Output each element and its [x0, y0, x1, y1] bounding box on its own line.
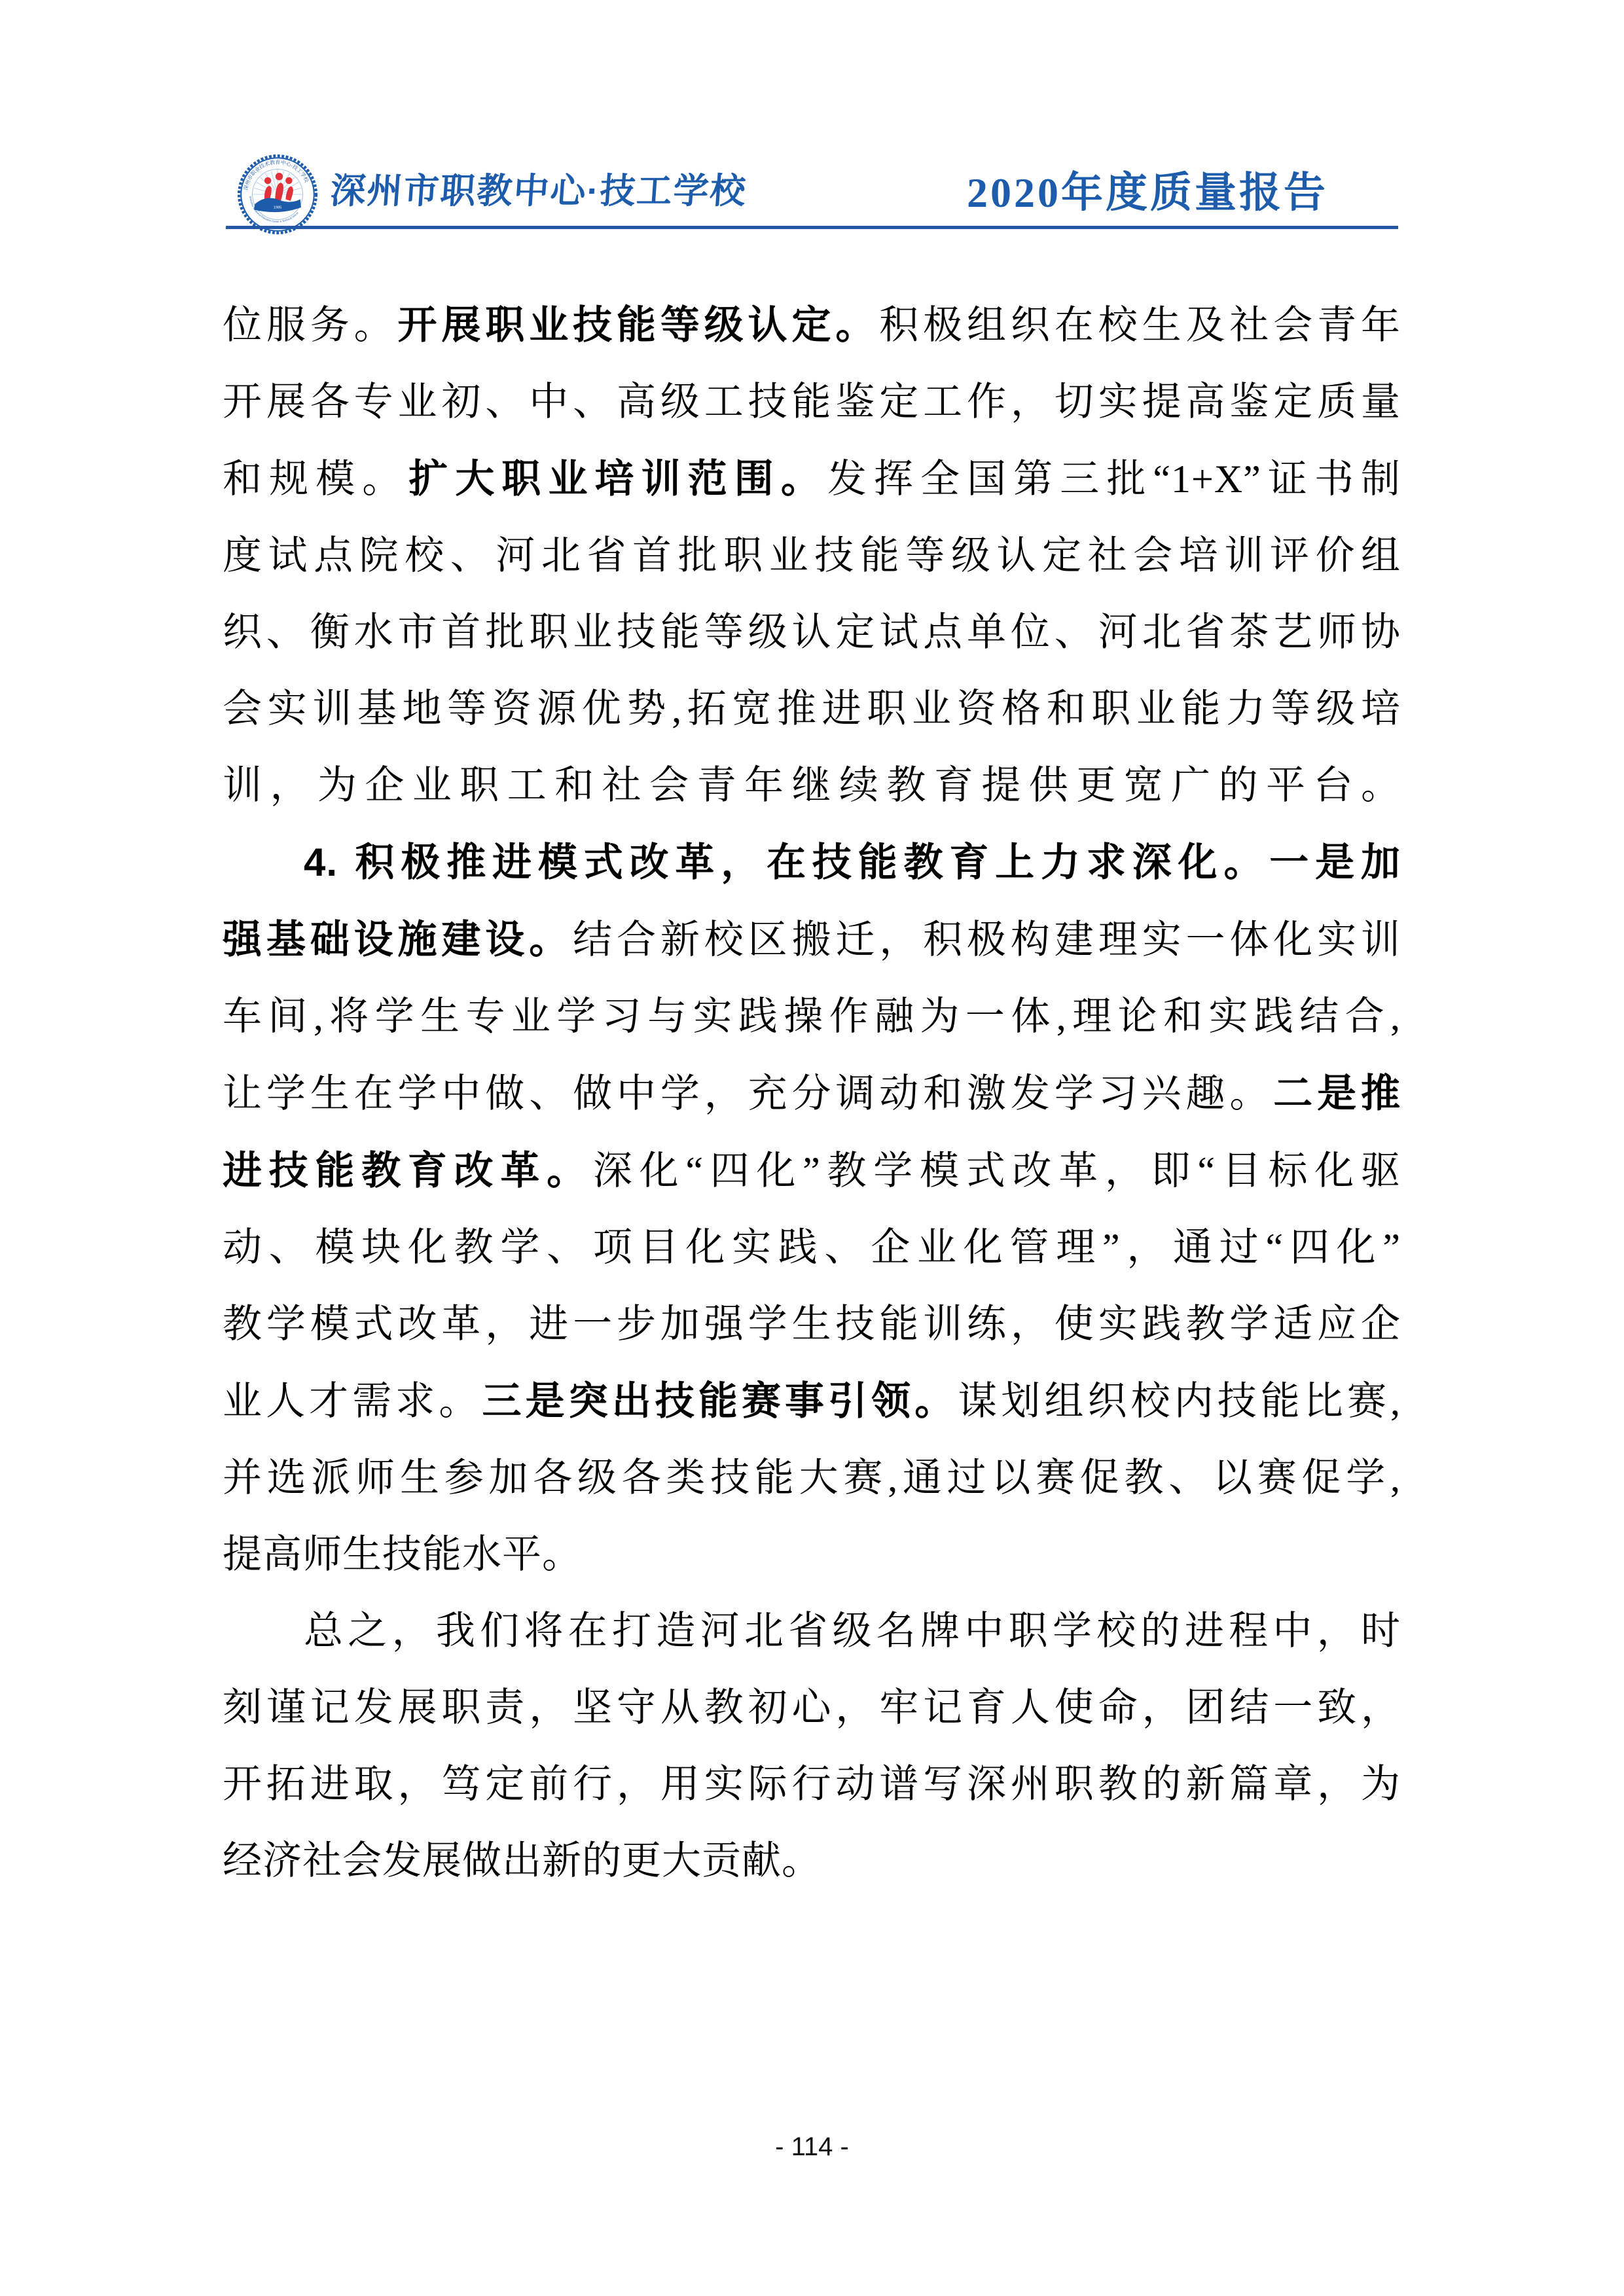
header-school-name: 深州市职教中心·技工学校: [329, 163, 748, 213]
body-line: 经济社会发展做出新的更大贡献。: [223, 1823, 1401, 1899]
document-page: { "header": { "school_name": "深州市职教中心·技工…: [0, 0, 1624, 2296]
body-line: 教学模式改革，进一步加强学生技能训练，使实践教学适应企: [223, 1286, 1401, 1363]
text-segment: 训，为企业职工和社会青年继续教育提供更宽广的平台。: [223, 764, 1401, 807]
body-line: 车间,将学生专业学习与实践操作融为一体,理论和实践结合,: [223, 978, 1401, 1055]
body-line: 和规模。扩大职业培训范围。发挥全国第三批“1+X”证书制: [223, 440, 1401, 518]
text-segment: 提高师生技能水平。: [223, 1533, 582, 1576]
body-line: 让学生在学中做、做中学，充分调动和激发学习兴趣。二是推: [223, 1055, 1401, 1132]
header-rule: [226, 226, 1398, 229]
text-segment: 车间,将学生专业学习与实践操作融为一体,理论和实践结合,: [223, 995, 1401, 1038]
body-line: 织、衡水市首批职业技能等级认定试点单位、河北省茶艺师协: [223, 594, 1401, 671]
body-line: 进技能教育改革。深化“四化”教学模式改革，即“目标化驱: [223, 1132, 1401, 1210]
text-segment: 深化“四化”教学模式改革，即“目标化驱: [593, 1149, 1401, 1193]
text-segment: 让学生在学中做、做中学，充分调动和激发学习兴趣。: [223, 1072, 1273, 1115]
text-segment: 位服务。: [223, 304, 398, 347]
text-segment: 会实训基地等资源优势,拓宽推进职业资格和职业能力等级培: [223, 687, 1401, 730]
school-logo-icon: 1985 深州市职业技术教育中心·技工学校 Shenzhou Vocationa…: [237, 154, 318, 235]
bold-text-segment: 进技能教育改革。: [223, 1149, 593, 1193]
body-line: 4. 积极推进模式改革，在技能教育上力求深化。一是加: [223, 824, 1401, 901]
text-segment: 总之，我们将在打造河北省级名牌中职学校的进程中，时: [304, 1609, 1401, 1653]
text-segment: 结合新校区搬迁，积极构建理实一体化实训: [573, 918, 1401, 961]
text-segment: 经济社会发展做出新的更大贡献。: [223, 1839, 821, 1882]
text-segment: 积极组织在校生及社会青年: [879, 304, 1401, 347]
body-line: 提高师生技能水平。: [223, 1516, 1401, 1593]
text-segment: 教学模式改革，进一步加强学生技能训练，使实践教学适应企: [223, 1302, 1401, 1346]
text-segment: 度试点院校、河北省首批职业技能等级认定社会培训评价组: [223, 534, 1401, 577]
text-segment: 业人才需求。: [223, 1380, 482, 1423]
body-line: 动、模块化教学、项目化实践、企业化管理”，通过“四化”: [223, 1210, 1401, 1286]
text-segment: 开拓进取，笃定前行，用实际行动谱写深州职教的新篇章，为: [223, 1763, 1401, 1806]
body-line: 开拓进取，笃定前行，用实际行动谱写深州职教的新篇章，为: [223, 1746, 1401, 1823]
bold-text-segment: 三是突出技能赛事引领。: [482, 1379, 958, 1423]
bold-text-segment: 4. 积极推进模式改革，在技能教育上力求深化。一是加: [304, 840, 1401, 884]
body-line: 总之，我们将在打造河北省级名牌中职学校的进程中，时: [223, 1593, 1401, 1670]
body-line: 业人才需求。三是突出技能赛事引领。谋划组织校内技能比赛,: [223, 1363, 1401, 1440]
body-line: 强基础设施建设。结合新校区搬迁，积极构建理实一体化实训: [223, 901, 1401, 978]
bold-text-segment: 扩大职业培训范围。: [408, 457, 827, 501]
header-report-title: 2020年度质量报告: [967, 159, 1328, 219]
page-background: 1985 深州市职业技术教育中心·技工学校 Shenzhou Vocationa…: [0, 0, 1624, 2296]
text-segment: 动、模块化教学、项目化实践、企业化管理”，通过“四化”: [223, 1226, 1401, 1269]
body-line: 度试点院校、河北省首批职业技能等级认定社会培训评价组: [223, 518, 1401, 594]
text-segment: 并选派师生参加各级各类技能大赛,通过以赛促教、以赛促学,: [223, 1456, 1401, 1499]
bold-text-segment: 开展职业技能等级认定。: [398, 303, 880, 347]
body-line: 并选派师生参加各级各类技能大赛,通过以赛促教、以赛促学,: [223, 1440, 1401, 1516]
body-line: 刻谨记发展职责，坚守从教初心，牢记育人使命，团结一致，: [223, 1670, 1401, 1746]
text-segment: 刻谨记发展职责，坚守从教初心，牢记育人使命，团结一致，: [223, 1686, 1401, 1729]
page-header: 1985 深州市职业技术教育中心·技工学校 Shenzhou Vocationa…: [223, 147, 1401, 232]
text-segment: 谋划组织校内技能比赛,: [958, 1380, 1401, 1423]
body-text: 位服务。开展职业技能等级认定。积极组织在校生及社会青年开展各专业初、中、高级工技…: [223, 287, 1401, 1899]
body-line: 会实训基地等资源优势,拓宽推进职业资格和职业能力等级培: [223, 671, 1401, 747]
text-segment: 发挥全国第三批“1+X”证书制: [827, 457, 1401, 501]
logo-year: 1985: [274, 206, 282, 209]
body-line: 开展各专业初、中、高级工技能鉴定工作，切实提高鉴定质量: [223, 364, 1401, 440]
text-segment: 和规模。: [223, 457, 408, 501]
text-segment: 开展各专业初、中、高级工技能鉴定工作，切实提高鉴定质量: [223, 380, 1401, 423]
bold-text-segment: 二是推: [1273, 1071, 1401, 1115]
page-number: - 114 -: [0, 2132, 1624, 2162]
text-segment: 织、衡水市首批职业技能等级认定试点单位、河北省茶艺师协: [223, 611, 1401, 654]
body-line: 训，为企业职工和社会青年继续教育提供更宽广的平台。: [223, 747, 1401, 824]
body-line: 位服务。开展职业技能等级认定。积极组织在校生及社会青年: [223, 287, 1401, 364]
bold-text-segment: 强基础设施建设。: [223, 918, 573, 961]
